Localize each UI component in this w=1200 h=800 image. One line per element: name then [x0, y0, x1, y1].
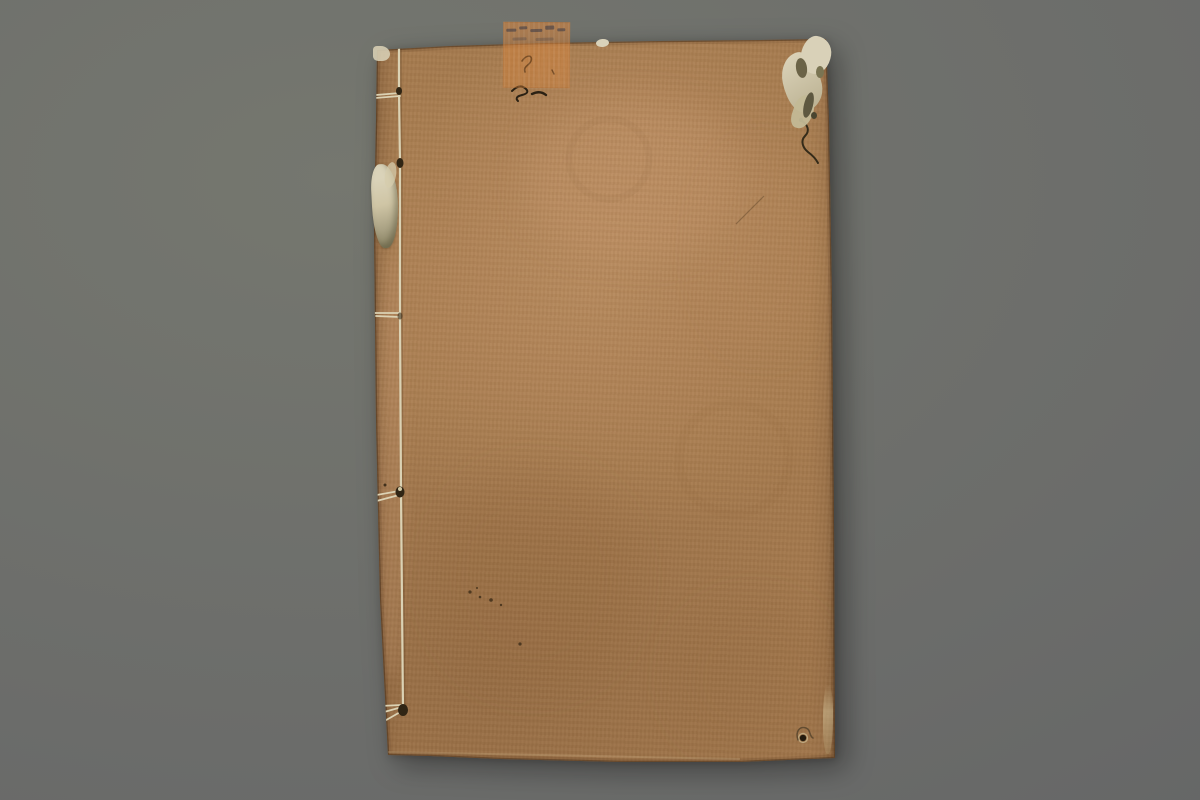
- ring-stain: [569, 119, 649, 199]
- corner-damage-olive-stain: [816, 66, 824, 78]
- stamp-mark: [530, 29, 542, 32]
- thread-knot: [398, 487, 402, 491]
- tape-label: [503, 22, 570, 88]
- wormhole-bottom-right: [797, 728, 813, 743]
- photo-stage: [0, 0, 1200, 800]
- corner-damage-dark-spot: [811, 112, 817, 119]
- scratch-mark: [736, 196, 764, 224]
- cover-edge-inner-glow: [374, 39, 835, 762]
- stamp-mark: [557, 28, 565, 31]
- corner-wear-top-left: [373, 46, 390, 61]
- tape-stamp-remnants: [502, 21, 571, 89]
- stamp-mark: [545, 25, 554, 29]
- ring-stain: [679, 404, 789, 514]
- binding-and-marks: [374, 39, 835, 762]
- paper-fleck: [384, 484, 387, 487]
- book-cover: [374, 39, 835, 762]
- stamp-mark: [536, 38, 554, 42]
- foxing-specks: [468, 587, 521, 646]
- book: [374, 39, 835, 762]
- stamp-mark: [513, 37, 527, 40]
- cover-edge-shading: [374, 39, 835, 762]
- stamp-mark: [519, 26, 527, 29]
- stamp-mark: [506, 29, 516, 32]
